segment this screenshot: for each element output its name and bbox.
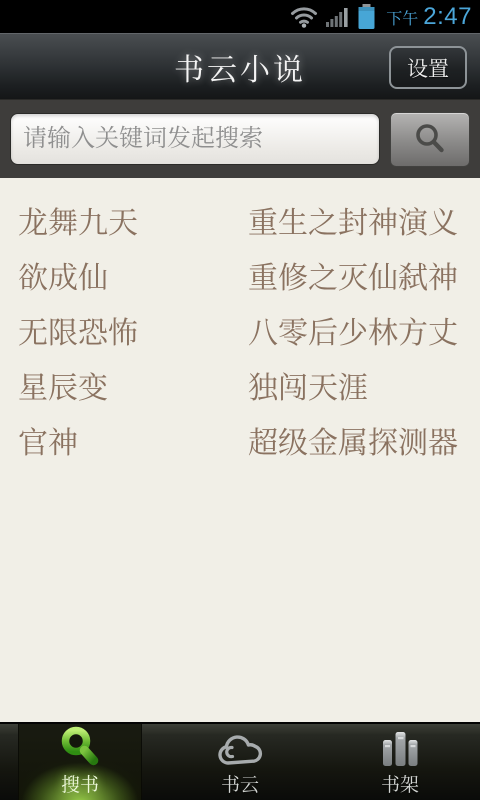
title-bar: 书云小说 设置 — [0, 33, 480, 99]
magnifier-icon — [412, 121, 448, 157]
settings-button-label: 设置 — [407, 53, 449, 83]
keyword-item[interactable]: 星辰变 — [18, 361, 248, 416]
tab-bookshelf-label: 书架 — [381, 770, 419, 797]
cell-signal-icon — [326, 7, 350, 27]
page-title: 书云小说 — [174, 45, 306, 89]
bottom-tab-bar: 搜书 书云 — [0, 722, 480, 800]
bookshelf-icon — [378, 725, 422, 769]
status-bar: 下午 2:47 — [0, 0, 480, 33]
tab-bookshelf-panel: 书架 — [338, 724, 462, 800]
search-input[interactable] — [10, 113, 380, 165]
status-time: 下午 2:47 — [386, 3, 472, 31]
tab-search-books-panel: 搜书 — [18, 724, 142, 800]
keyword-item[interactable]: 超级金属探测器 — [248, 416, 480, 471]
battery-icon — [358, 4, 375, 29]
tab-search-books-label: 搜书 — [61, 770, 99, 797]
tab-book-cloud-label: 书云 — [221, 770, 259, 797]
keyword-item[interactable]: 欲成仙 — [18, 251, 248, 306]
keyword-item[interactable]: 重修之灭仙弑神 — [248, 251, 480, 306]
tab-bookshelf[interactable]: 书架 — [320, 724, 480, 800]
settings-button[interactable]: 设置 — [389, 46, 467, 89]
keyword-item[interactable]: 八零后少林方丈 — [248, 306, 480, 361]
keyword-item[interactable]: 重生之封神演义 — [248, 196, 480, 251]
tab-book-cloud[interactable]: 书云 — [160, 724, 320, 800]
time-value: 2:47 — [423, 3, 472, 31]
keyword-item[interactable]: 龙舞九天 — [18, 196, 248, 251]
wifi-icon — [290, 6, 318, 28]
tab-book-cloud-panel: 书云 — [178, 724, 302, 800]
keyword-grid: 龙舞九天 重生之封神演义 欲成仙 重修之灭仙弑神 无限恐怖 八零后少林方丈 星辰… — [18, 196, 480, 471]
search-button[interactable] — [390, 112, 470, 167]
app-screen: 下午 2:47 书云小说 设置 龙舞九天 重生之封神演义 欲成仙 重修之灭仙弑神 — [0, 0, 480, 800]
keyword-item[interactable]: 官神 — [18, 416, 248, 471]
keyword-item[interactable]: 独闯天涯 — [248, 361, 480, 416]
tab-search-books[interactable]: 搜书 — [0, 724, 160, 800]
cloud-icon — [216, 725, 264, 769]
time-period-label: 下午 — [386, 6, 418, 29]
keyword-item[interactable]: 无限恐怖 — [18, 306, 248, 361]
hot-keywords-section: 龙舞九天 重生之封神演义 欲成仙 重修之灭仙弑神 无限恐怖 八零后少林方丈 星辰… — [0, 178, 480, 722]
search-panel — [0, 99, 480, 178]
search-icon — [57, 725, 103, 769]
